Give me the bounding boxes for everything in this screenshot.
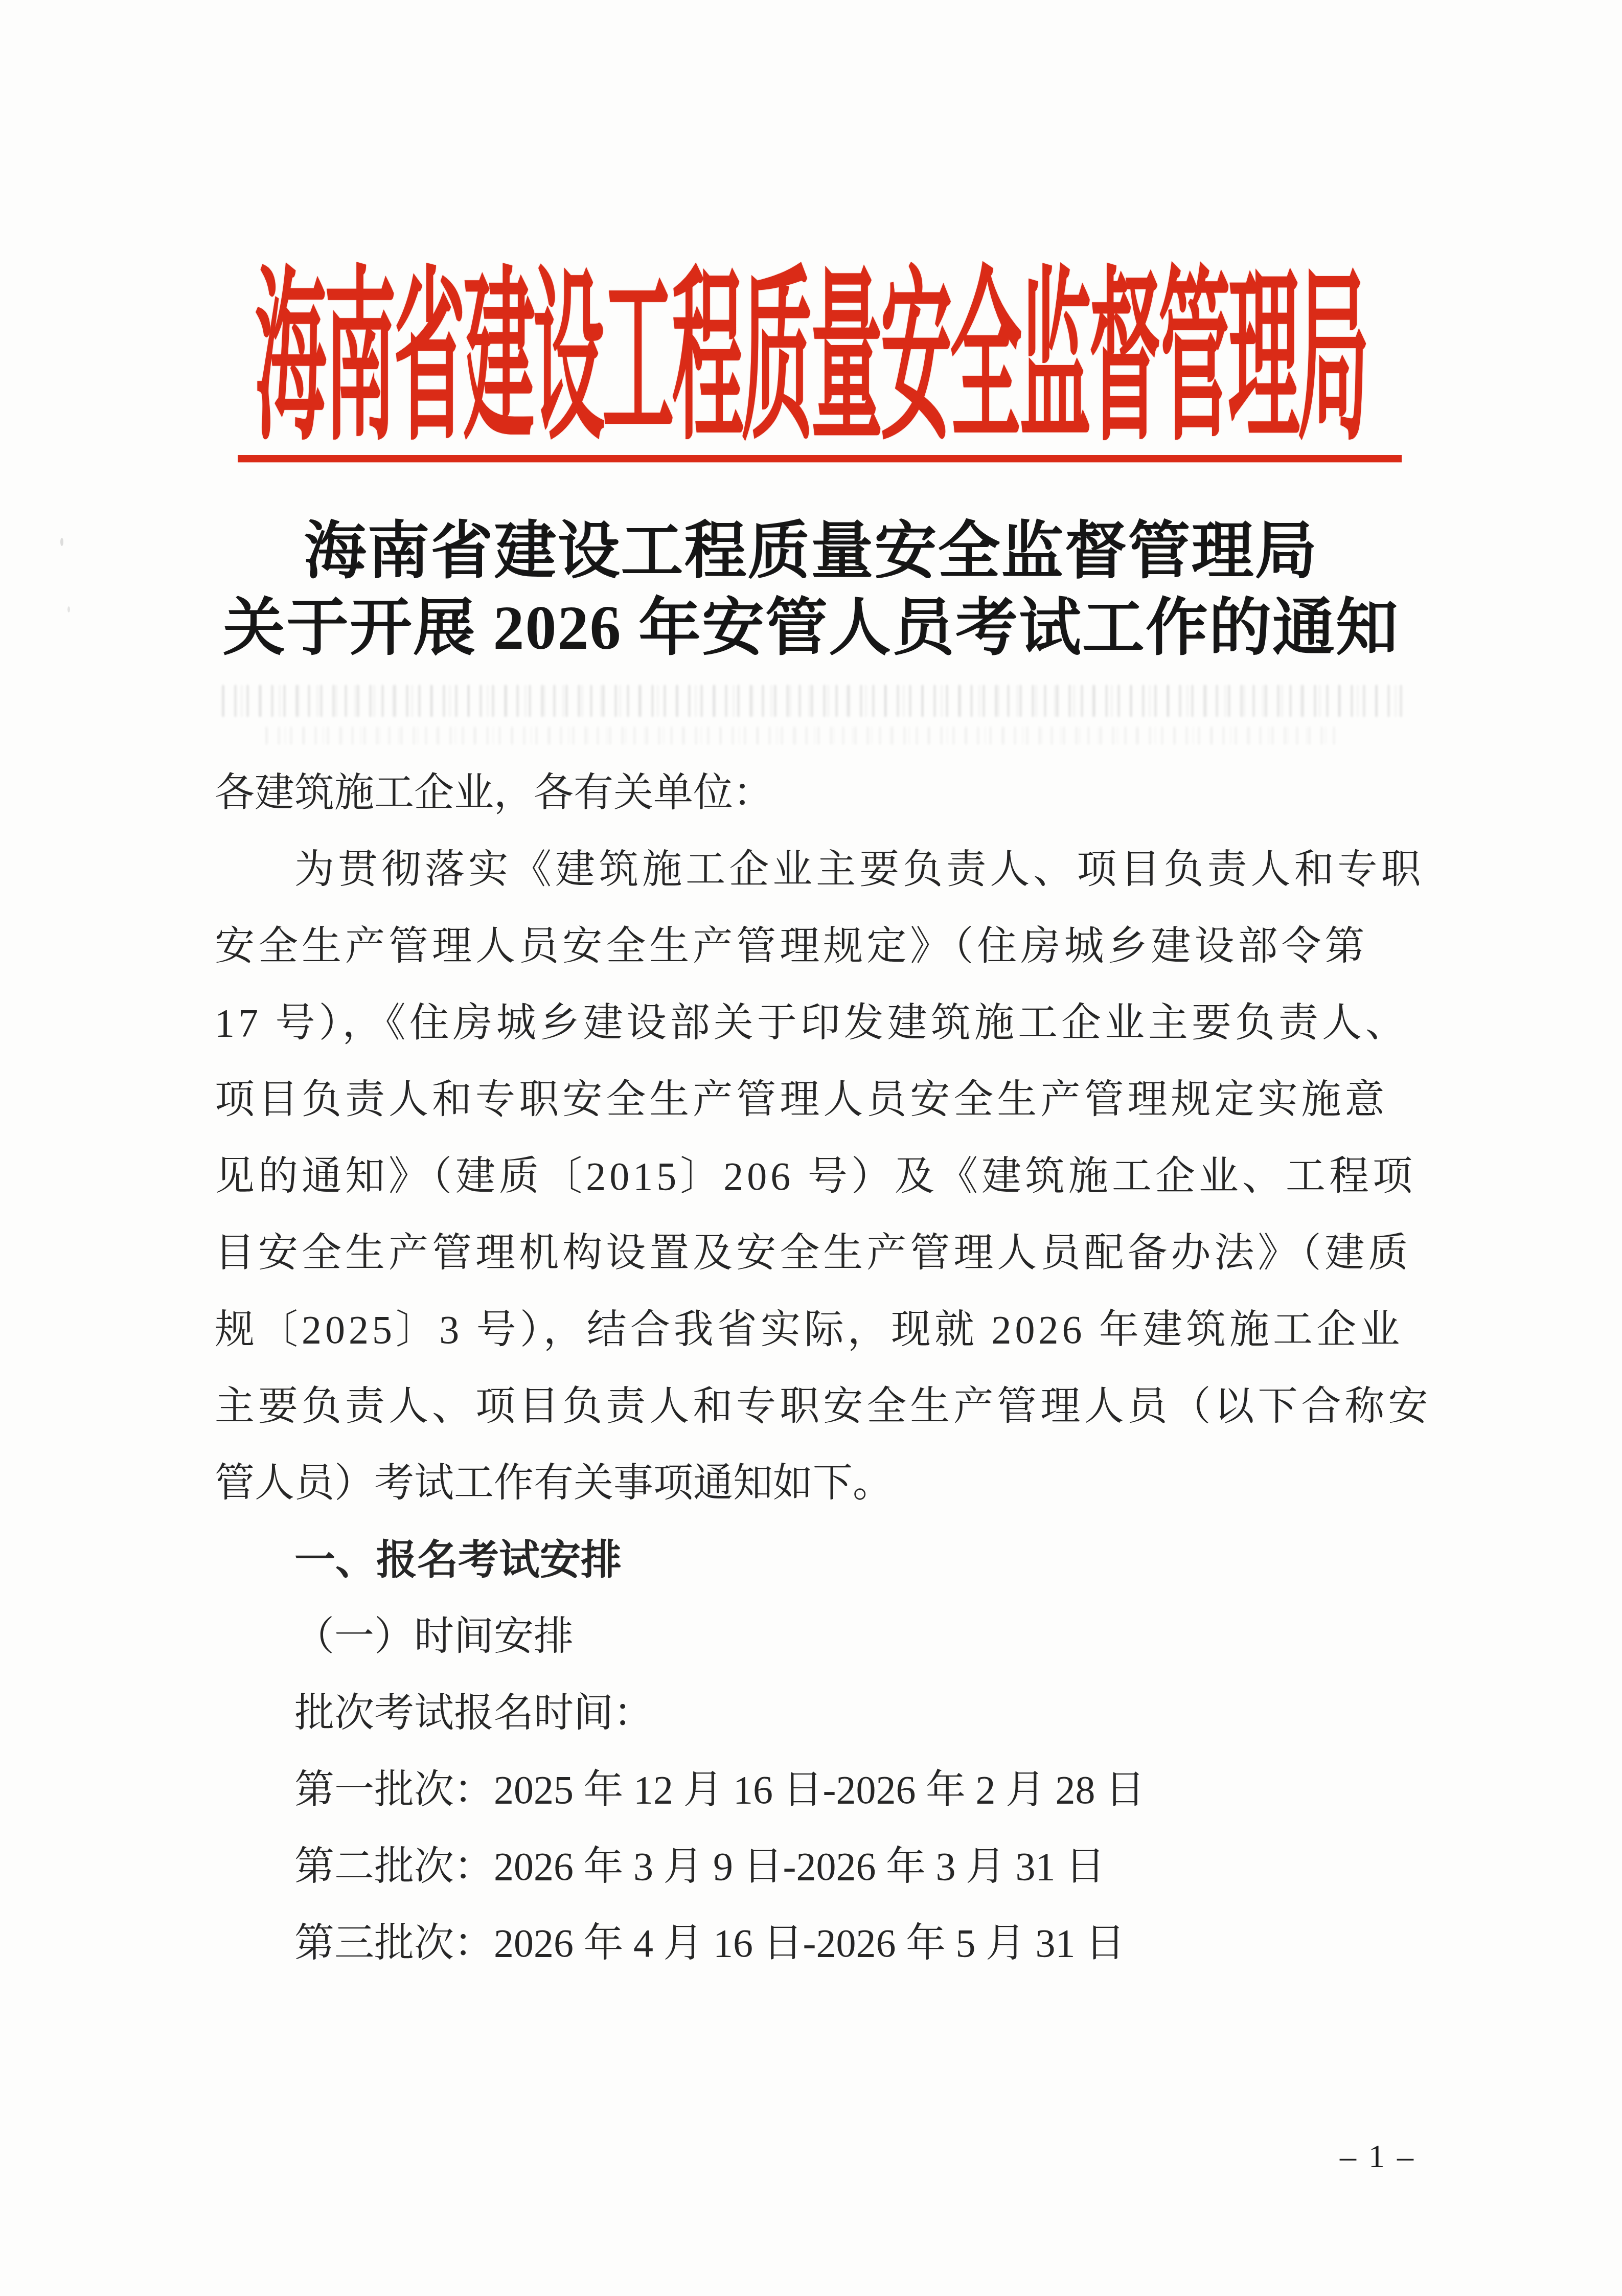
paragraph-line: 管人员）考试工作有关事项通知如下。 — [215, 1451, 1426, 1528]
paragraph-line: 目安全生产管理机构设置及安全生产管理人员配备办法》（建质 — [215, 1221, 1426, 1298]
section-heading: 一、报名考试安排 — [215, 1528, 1426, 1604]
page-number: – 1 – — [1324, 2136, 1431, 2177]
paragraph-line: 项目负责人和专职安全生产管理人员安全生产管理规定实施意 — [215, 1067, 1426, 1144]
paragraph-line: 为贯彻落实《建筑施工企业主要负责人、项目负责人和专职 — [215, 837, 1426, 914]
batch-line: 第三批次：2026 年 4 月 16 日-2026 年 5 月 31 日 — [215, 1911, 1426, 1988]
paragraph-line: 17 号），《住房城乡建设部关于印发建筑施工企业主要负责人、 — [215, 991, 1426, 1067]
letterhead: 海南省建设工程质量安全监督管理局 — [0, 233, 1622, 452]
batch-line: 第一批次：2025 年 12 月 16 日-2026 年 2 月 28 日 — [215, 1758, 1426, 1834]
letterhead-title: 海南省建设工程质量安全监督管理局 — [255, 209, 1367, 476]
doc-body: 各建筑施工企业，各有关单位： 为贯彻落实《建筑施工企业主要负责人、项目负责人和专… — [215, 761, 1426, 1988]
bleedthrough-band — [222, 685, 1408, 717]
paragraph-line: 规〔2025〕3 号），结合我省实际，现就 2026 年建筑施工企业 — [215, 1298, 1426, 1374]
scan-speck — [60, 538, 63, 546]
batch-line: 第二批次：2026 年 3 月 9 日-2026 年 3 月 31 日 — [215, 1834, 1426, 1911]
paragraph-line: 主要负责人、项目负责人和专职安全生产管理人员（以下合称安 — [215, 1374, 1426, 1451]
paragraph-line: 见的通知》（建质〔2015〕206 号）及《建筑施工企业、工程项 — [215, 1144, 1426, 1221]
subsection-heading: （一）时间安排 — [215, 1604, 1426, 1681]
doc-title-line1: 海南省建设工程质量安全监督管理局 — [0, 513, 1622, 590]
salutation-line: 各建筑施工企业，各有关单位： — [215, 761, 1426, 837]
schedule-label: 批次考试报名时间： — [215, 1681, 1426, 1758]
bleedthrough-band — [266, 727, 1339, 744]
doc-title-line2: 关于开展 2026 年安管人员考试工作的通知 — [0, 590, 1622, 667]
paragraph-line: 安全生产管理人员安全生产管理规定》（住房城乡建设部令第 — [215, 914, 1426, 991]
letterhead-divider-line — [238, 455, 1402, 462]
scan-speck — [67, 606, 70, 612]
document-page: 海南省建设工程质量安全监督管理局 海南省建设工程质量安全监督管理局 关于开展 2… — [0, 0, 1622, 2296]
